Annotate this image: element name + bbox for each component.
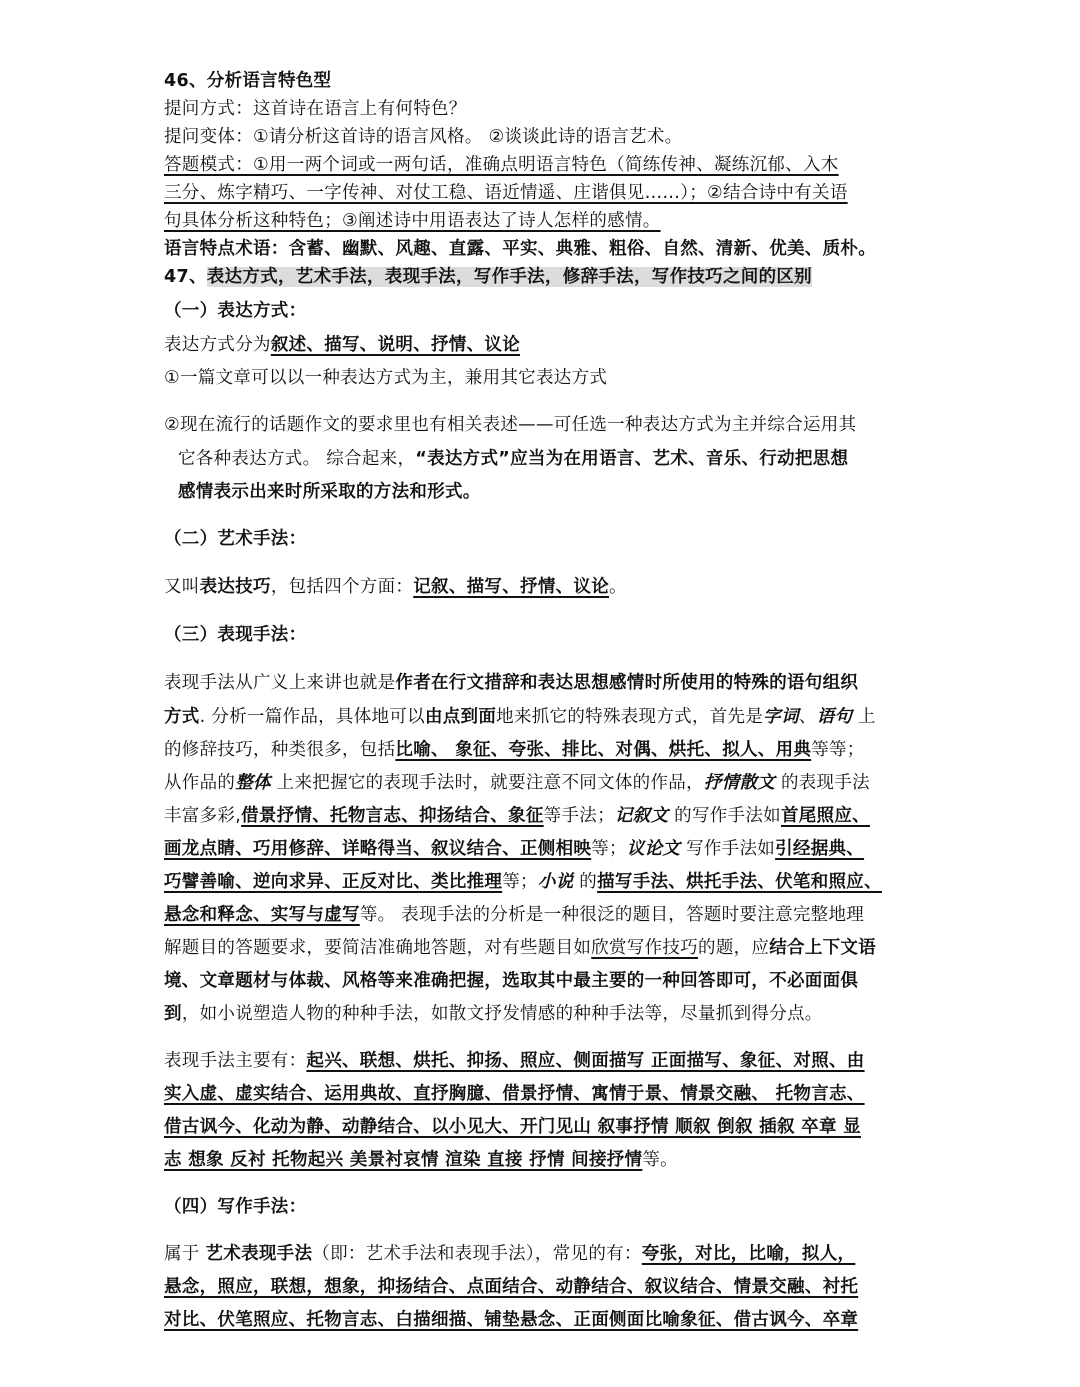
s3-line11: 到，如小说塑造人物的种种手法，如散文抒发情感的种种手法等，尽量抓到得分点。 (164, 1001, 823, 1027)
s3-bold: 方式 (164, 707, 200, 727)
s3-underlined: 欣赏写作技巧 (591, 938, 698, 958)
s2-body: 又叫表达技巧，包括四个方面：记叙、描写、抒情、议论。 (164, 574, 627, 600)
s3-line8: 悬念和释念、实写与虚写等。 表现手法的分析是一种很泛的题目，答题时要注意完整地理 (164, 902, 864, 928)
q47-number: 47、 (164, 267, 207, 287)
s1-intro-text: 表达方式分为 (164, 335, 271, 355)
s4-text: 属于 (164, 1244, 205, 1264)
s2-heading: （二）艺术手法： (164, 526, 306, 552)
s3-list: 悬念和释念、实写与虚写 (164, 905, 360, 925)
s3-bold: 作者在行文措辞和表达思想感情时所使用的特殊的语句组织 (395, 673, 858, 693)
s2-list: 记叙、描写、抒情、议论 (413, 577, 609, 597)
q46-model-line1: 答题模式：①用一两个词或一两句话，准确点明语言特色（简练传神、凝练沉郁、入木 (164, 152, 839, 178)
s3-text: 地来抓它的特殊表现方式，首先是 (496, 707, 763, 727)
s3-main-line4: 志 想象 反衬 托物起兴 美景衬哀情 渲染 直接 抒情 间接抒情等。 (164, 1147, 678, 1173)
s1-intro: 表达方式分为叙述、描写、说明、抒情、议论 (164, 332, 520, 358)
s3-heading: （三）表现手法： (164, 622, 306, 648)
s2-text-c: ，包括四个方面： (271, 577, 413, 597)
s3-main-list: 志 想象 反衬 托物起兴 美景衬哀情 渲染 直接 抒情 间接抒情 (164, 1150, 642, 1170)
s4-line1: 属于 艺术表现手法（即：艺术手法和表现手法），常见的有：夸张，对比，比喻，拟人， (164, 1241, 855, 1267)
s2-bold: 表达技巧 (200, 577, 271, 597)
q46-terms: 语言特点术语：含蓄、幽默、风趣、直露、平实、典雅、粗俗、自然、清新、优美、质朴。 (164, 236, 876, 262)
s3-text: 上 (852, 707, 876, 727)
s3-line5: 丰富多彩,借景抒情、托物言志、抑扬结合、象征等手法；记叙文 的写作手法如首尾照应… (164, 803, 870, 829)
s3-text: 从作品的 (164, 773, 235, 793)
ask-label: 提问方式： (164, 99, 253, 119)
s3-text: 等等； (811, 740, 864, 760)
s1-heading: （一）表达方式： (164, 298, 306, 324)
s3-list: 巧譬善喻、逆向求异、正反对比、类比推理 (164, 872, 502, 892)
s3-main-label: 表现手法主要有： (164, 1051, 306, 1071)
s3-line9: 解题目的答题要求，要简洁准确地答题，对有些题目如欣赏写作技巧的题，应结合上下文语 (164, 935, 876, 961)
s3-italic: 小说 (538, 872, 574, 892)
s3-text: 的表现手法 (775, 773, 870, 793)
s4-list: 夸张，对比，比喻，拟人， (642, 1244, 856, 1264)
s3-line4: 从作品的整体 上来把握它的表现手法时，就要注意不同文体的作品，抒情散文 的表现手… (164, 770, 870, 796)
s3-line6: 画龙点睛、巧用修辞、详略得当、叙议结合、正侧相映等；议论文 写作手法如引经据典、 (164, 836, 864, 862)
s3-italic: 语句 (817, 707, 853, 727)
s3-text: 表现手法从广义上来讲也就是 (164, 673, 395, 693)
q47-title-highlight: 表达方式，艺术手法，表现手法，写作手法，修辞手法，写作技巧之间的区别 (207, 267, 812, 287)
s3-text: 写作手法如 (680, 839, 775, 859)
s3-text: 等。 表现手法的分析是一种很泛的题目，答题时要注意完整地理 (360, 905, 864, 925)
s3-text: 的写作手法如 (668, 806, 781, 826)
s1-p1: ①一篇文章可以以一种表达方式为主，兼用其它表达方式 (164, 365, 607, 391)
s3-italic: 议论文 (627, 839, 680, 859)
s3-text: 解题目的答题要求，要简洁准确地答题，对有些题目如 (164, 938, 591, 958)
s2-text-a: 又叫 (164, 577, 200, 597)
s3-italic: 记叙文 (615, 806, 668, 826)
s3-text: 的 (573, 872, 597, 892)
variant-text: ①请分析这首诗的语言风格。 ②谈谈此诗的语言艺术。 (253, 127, 682, 147)
s3-text: 等； (591, 839, 627, 859)
s3-main-line2: 实入虚、虚实结合、运用典故、直抒胸臆、借景抒情、寓情于景、情景交融、 托物言志、 (164, 1081, 865, 1107)
s3-list: 首尾照应、 (781, 806, 870, 826)
q46-model-line3: 句具体分析这种特色；③阐述诗中用语表达了诗人怎样的感情。 (164, 208, 661, 234)
s3-list: 画龙点睛、巧用修辞、详略得当、叙议结合、正侧相映 (164, 839, 591, 859)
s1-p2-line2: 它各种表达方式。 综合起来，“表达方式”应当为在用语言、艺术、音乐、行动把思想 (178, 446, 848, 472)
s3-list: 借景抒情、托物言志、抑扬结合、象征 (241, 806, 544, 826)
s3-text: 上来把握它的表现手法时，就要注意不同文体的作品， (271, 773, 704, 793)
s4-text: （即：艺术手法和表现手法），常见的有： (312, 1244, 641, 1264)
q47-title: 47、表达方式，艺术手法，表现手法，写作手法，修辞手法，写作技巧之间的区别 (164, 264, 812, 290)
s3-line1: 表现手法从广义上来讲也就是作者在行文措辞和表达思想感情时所使用的特殊的语句组织 (164, 670, 858, 696)
s3-line7: 巧譬善喻、逆向求异、正反对比、类比推理等；小说 的描写手法、烘托手法、伏笔和照应… (164, 869, 882, 895)
s3-list: 比喻、 象征、夸张、排比、对偶、烘托、拟人、用典 (395, 740, 811, 760)
s3-main-list: 起兴、联想、烘托、抑扬、照应、侧面描写 正面描写、象征、对照、由 (306, 1051, 864, 1071)
s3-line2: 方式. 分析一篇作品，具体地可以由点到面地来抓它的特殊表现方式，首先是字词、语句… (164, 704, 876, 730)
s3-text: 丰富多彩, (164, 806, 241, 826)
s3-text: . 分析一篇作品，具体地可以 (200, 707, 425, 727)
s4-line3: 对比、伏笔照应、托物言志、白描细描、铺垫悬念、正面侧面比喻象征、借古讽今、卒章 (164, 1307, 858, 1333)
s1-p2-line3: 感情表示出来时所采取的方法和形式。 (178, 479, 481, 505)
s3-italic: 整体 (235, 773, 271, 793)
s3-italic: 抒情散文 (704, 773, 775, 793)
ask-text: 这首诗在语言上有何特色？ (253, 99, 467, 119)
s1-p2-bold: “表达方式”应当为在用语言、艺术、音乐、行动把思想 (415, 449, 848, 469)
s3-main-line3: 借古讽今、化动为静、动静结合、以小见大、开门见山 叙事抒情 顺叙 倒叙 插叙 卒… (164, 1114, 861, 1140)
s3-text: 等手法； (544, 806, 615, 826)
s1-p2-text: 它各种表达方式。 综合起来， (178, 449, 415, 469)
s3-text: ，如小说塑造人物的种种手法，如散文抒发情感的种种手法等，尽量抓到得分点。 (182, 1004, 823, 1024)
s2-end: 。 (609, 577, 627, 597)
s3-list: 描写手法、烘托手法、伏笔和照应、 (597, 872, 882, 892)
s3-line3: 的修辞技巧，种类很多，包括比喻、 象征、夸张、排比、对偶、烘托、拟人、用典等等； (164, 737, 865, 763)
s3-list: 引经据典、 (775, 839, 864, 859)
s1-p2-line1: ②现在流行的话题作文的要求里也有相关表述——可任选一种表达方式为主并综合运用其 (164, 412, 856, 438)
s3-main-line1: 表现手法主要有：起兴、联想、烘托、抑扬、照应、侧面描写 正面描写、象征、对照、由 (164, 1048, 865, 1074)
s4-line2: 悬念，照应，联想，想象，抑扬结合、点面结合、动静结合、叙议结合、情景交融、衬托 (164, 1274, 858, 1300)
s3-main-end: 等。 (642, 1150, 678, 1170)
s3-text: 、 (799, 707, 817, 727)
s3-bold: 由点到面 (425, 707, 496, 727)
s3-bold: 结合上下文语 (769, 938, 876, 958)
s4-bold: 艺术表现手法 (205, 1244, 312, 1264)
q46-title: 46、分析语言特色型 (164, 68, 331, 94)
q46-variant: 提问变体：①请分析这首诗的语言风格。 ②谈谈此诗的语言艺术。 (164, 124, 682, 150)
s3-bold: 到 (164, 1004, 182, 1024)
q46-ask: 提问方式：这首诗在语言上有何特色？ (164, 96, 467, 122)
s4-heading: （四）写作手法： (164, 1194, 306, 1220)
s3-italic: 字词 (763, 707, 799, 727)
variant-label: 提问变体： (164, 127, 253, 147)
q46-model-line2: 三分、炼字精巧、一字传神、对仗工稳、语近情遥、庄谐俱见……）；②结合诗中有关语 (164, 180, 848, 206)
s3-text: 的修辞技巧，种类很多，包括 (164, 740, 395, 760)
s3-text: 的题，应 (698, 938, 769, 958)
s3-text: 等； (502, 872, 538, 892)
s1-intro-list: 叙述、描写、说明、抒情、议论 (271, 335, 520, 355)
s3-line10: 境、文章题材与体裁、风格等来准确把握，选取其中最主要的一种回答即可，不必面面俱 (164, 968, 858, 994)
